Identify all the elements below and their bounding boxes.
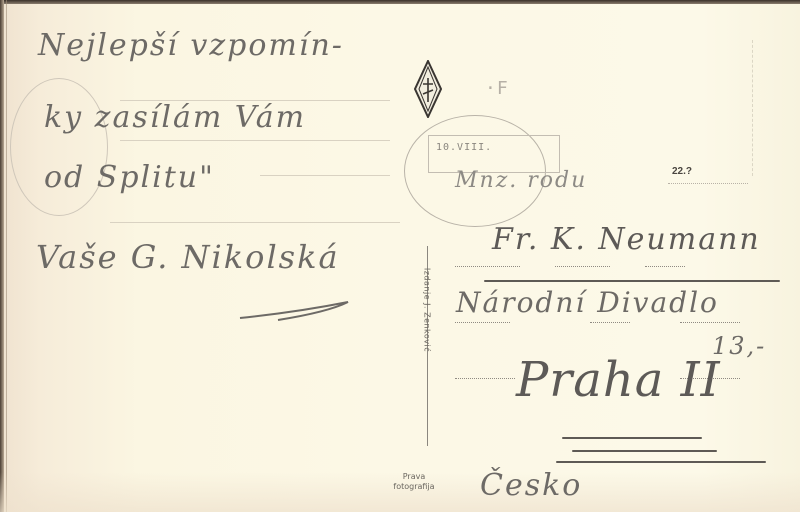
address-name: Fr. K. Neumann <box>492 222 761 257</box>
message-line-3: od Splitu" <box>44 160 215 195</box>
message-line-1: Nejlepší vzpomín- <box>38 28 344 63</box>
message-line-2: ky zasílám Vám <box>44 100 306 135</box>
diamond-monogram-logo <box>414 60 442 118</box>
dotted-line <box>645 266 685 267</box>
dotted-line <box>668 183 748 184</box>
postmark-left <box>10 78 108 216</box>
city-underline <box>562 437 702 439</box>
ruled-line <box>110 222 400 223</box>
dotted-line <box>455 378 515 379</box>
ruled-line <box>260 175 390 176</box>
address-salutation: Mnz. rodu <box>455 168 587 193</box>
scan-top-edge <box>0 0 800 4</box>
number-code: 22.? <box>672 166 692 177</box>
signature-flourish <box>238 294 358 324</box>
dotted-line <box>555 266 610 267</box>
vertical-publisher-text: Izdanje J. Zenković <box>420 250 434 370</box>
stamp-area <box>660 40 753 176</box>
dotted-line <box>590 322 630 323</box>
dotted-line <box>455 322 510 323</box>
address-line <box>556 461 766 463</box>
signature: Vaše G. Nikolská <box>36 238 340 276</box>
scan-left-edge <box>0 0 4 512</box>
postmark-date: 10.VIII. <box>436 142 492 153</box>
postmark-fragment: ·F <box>485 78 509 99</box>
ruled-line <box>120 140 390 141</box>
address-country: Česko <box>480 468 582 503</box>
publisher-label: Prava fotografija <box>384 472 444 492</box>
address-street: Národní Divadlo <box>456 286 719 319</box>
dotted-line <box>455 266 520 267</box>
postcard-back: Nejlepší vzpomín- ky zasílám Vám od Spli… <box>0 0 800 512</box>
dotted-line <box>680 322 740 323</box>
address-city: Praha II <box>516 352 721 408</box>
scan-left-edge-line <box>6 0 7 512</box>
city-underline <box>572 450 717 452</box>
address-line <box>484 280 780 282</box>
